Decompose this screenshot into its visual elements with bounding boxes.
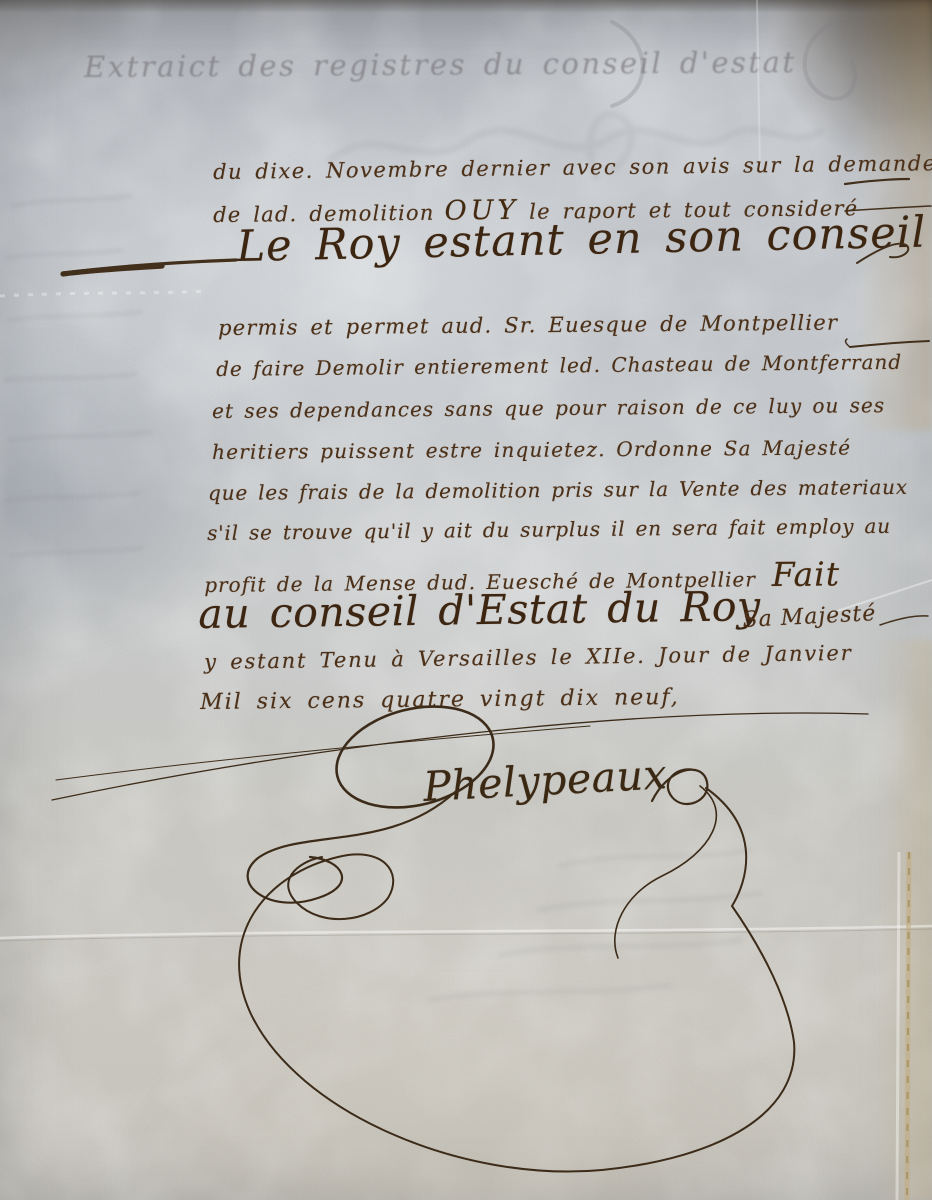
manuscript-line-5: de faire Demolir entierement led. Chaste…: [216, 350, 902, 381]
manuscript-line-4: permis et permet aud. Sr. Euesque de Mon…: [218, 311, 838, 340]
manuscript-line-6: et ses dependances sans que pour raison …: [212, 393, 885, 423]
right-edge-tan-streak-lower: [877, 640, 932, 1200]
manuscript-line-13: Mil six cens quatre vingt dix neuf,: [200, 685, 680, 715]
signature-name: Phelypeaux: [422, 750, 668, 811]
manuscript-line-8: que les frais de la demolition pris sur …: [208, 475, 908, 505]
manuscript-line-7: heritiers puissent estre inquietez. Ordo…: [212, 436, 851, 464]
fait-word: Fait: [772, 554, 841, 594]
left-cool-patch: [0, 330, 230, 660]
top-edge-shadow: [0, 0, 932, 13]
sa-majeste-note: Sa Majesté: [742, 601, 877, 633]
manuscript-line-12: y estant Tenu à Versailles le XIIe. Jour…: [204, 641, 853, 674]
ghost-header-text: Extraict des registres du conseil d'esta…: [84, 45, 797, 84]
closing-large-line: au conseil d'Estat du Roy: [198, 582, 761, 638]
bottom-warm-patch: [120, 980, 820, 1200]
manuscript-line-1: du dixe. Novembre dernier avec son avis …: [213, 151, 932, 184]
parchment-document: Extraict des registres du conseil d'esta…: [0, 0, 932, 1200]
manuscript-line-9: s'il se trouve qu'il y ait du surplus il…: [207, 514, 891, 545]
